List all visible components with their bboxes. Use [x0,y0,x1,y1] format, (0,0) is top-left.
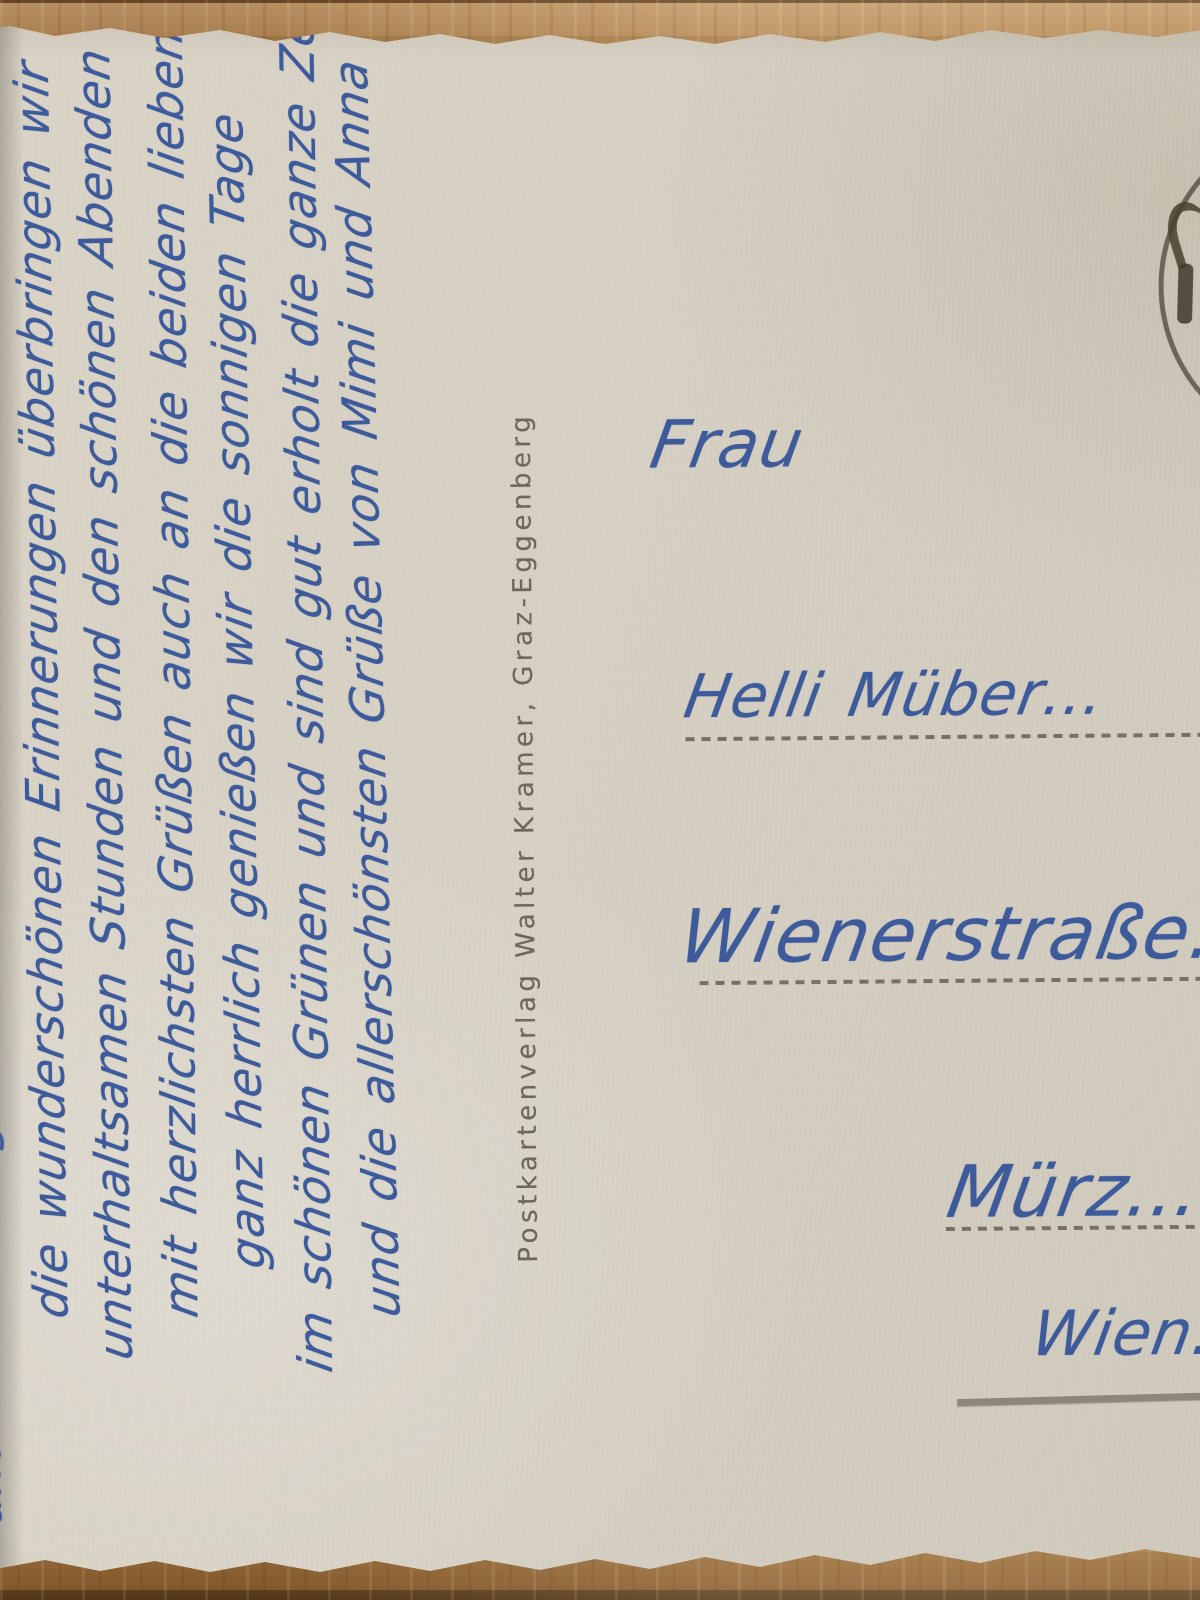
address-region: Wien… [1027,1296,1200,1369]
postmark-icon [1148,105,1200,466]
address-salutation: Frau [645,406,809,483]
postmark-character-bar [1177,263,1194,323]
postmark-character-arc [1160,196,1200,270]
address-street: Wienerstraße… [674,890,1200,980]
address-city: Mürz… [942,1149,1200,1234]
photo-of-postcard-on-wood-table: und herzlichst grüßen wir Euch alle rech… [0,0,1200,1600]
address-rule-dotted [685,733,1200,742]
publisher-imprint: Postkartenverlag Walter Kramer, Graz-Egg… [505,412,546,1263]
postcard-content: und herzlichst grüßen wir Euch alle rech… [0,0,1200,1600]
address-name: Helli Müber… [679,660,1110,733]
address-rule-solid [957,1392,1200,1406]
postcard: und herzlichst grüßen wir Euch alle rech… [0,0,1200,1600]
